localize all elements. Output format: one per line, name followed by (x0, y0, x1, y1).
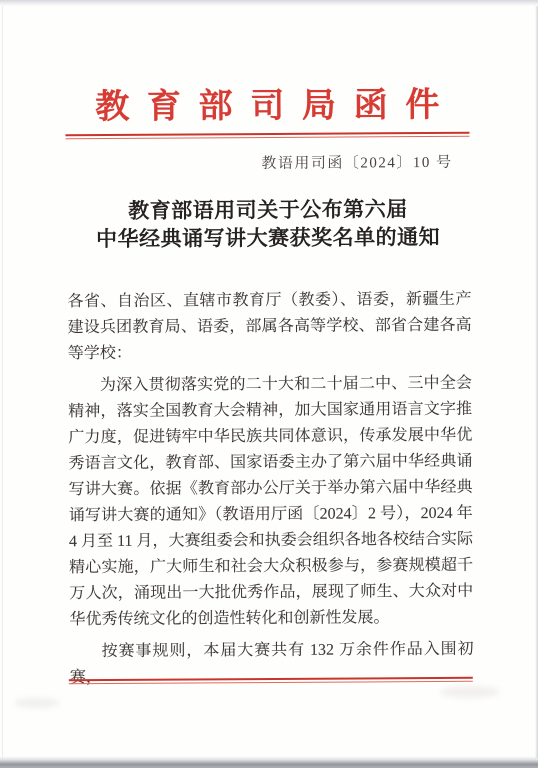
document-content: 教育部司局函件 教语用司函〔2024〕10 号 教育部语用司关于公布第六届 中华… (0, 0, 538, 768)
document-title: 教育部语用司关于公布第六届 中华经典诵写讲大赛获奖名单的通知 (0, 194, 537, 253)
scan-left-edge (2, 6, 3, 758)
letterhead-rule (65, 132, 469, 139)
document-body: 各省、自治区、直辖市教育厅（教委）、语委，新疆生产建设兵团教育局、语委，部属各高… (67, 287, 473, 697)
document-number: 教语用司函〔2024〕10 号 (261, 151, 452, 173)
scan-noise (440, 686, 500, 698)
scanned-document-page: 教育部司局函件 教语用司函〔2024〕10 号 教育部语用司关于公布第六届 中华… (0, 0, 538, 768)
scan-top-edge (0, 0, 538, 6)
document-title-line1: 教育部语用司关于公布第六届 (0, 194, 537, 225)
document-title-line2: 中华经典诵写讲大赛获奖名单的通知 (0, 222, 537, 253)
salutation-paragraph: 各省、自治区、直辖市教育厅（教委）、语委，新疆生产建设兵团教育局、语委，部属各高… (67, 287, 471, 367)
scan-noise (14, 698, 60, 708)
scan-bottom-edge (0, 756, 538, 768)
body-paragraph: 为深入贯彻落实党的二十大和二十届二中、三中全会精神，落实全国教育大会精神，加大国… (68, 371, 474, 633)
letterhead-title: 教育部司局函件 (0, 76, 536, 128)
